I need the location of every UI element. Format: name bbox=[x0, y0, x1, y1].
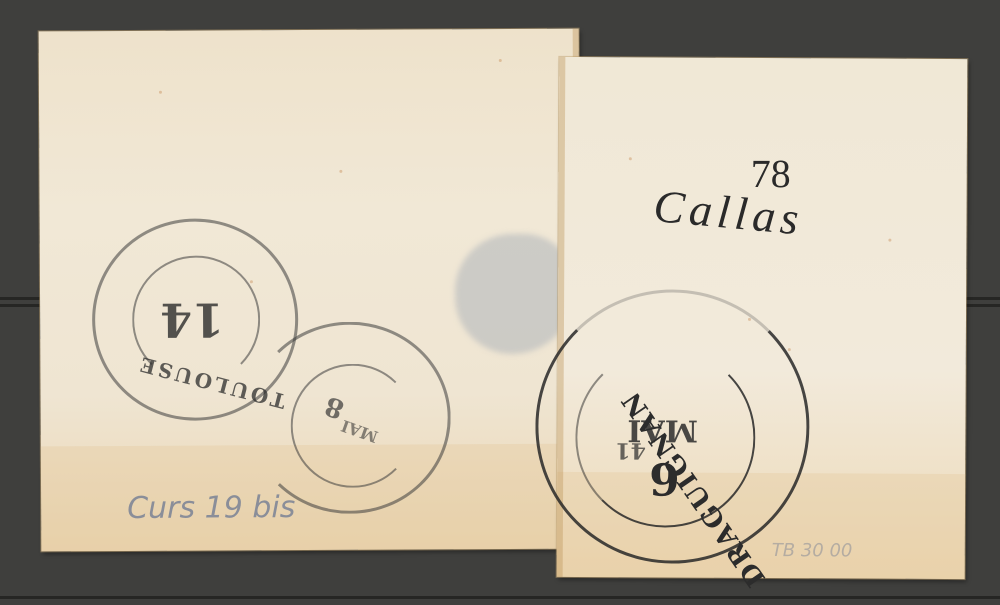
foxing-spot bbox=[339, 170, 342, 173]
pencil-annotation: TB 30 00 bbox=[772, 540, 853, 561]
background-stripe bbox=[0, 596, 1000, 599]
foxing-spot bbox=[788, 348, 791, 351]
foxing-spot bbox=[159, 91, 162, 94]
letter-right-panel: 78 Callas 6 MAI 41 DRAGUIGNAN TB 30 00 bbox=[557, 57, 968, 579]
foxing-spot bbox=[888, 239, 891, 242]
foxing-spot bbox=[499, 59, 502, 62]
postmark-center-number: 14 bbox=[160, 292, 224, 346]
foxing-spot bbox=[629, 157, 632, 160]
pencil-annotation: Curs 19 bis bbox=[127, 490, 295, 526]
letter-left-panel: 14 TOULOUSE 8 MAI Curs 19 bis bbox=[39, 29, 582, 552]
postmark-year: 41 bbox=[615, 437, 646, 463]
